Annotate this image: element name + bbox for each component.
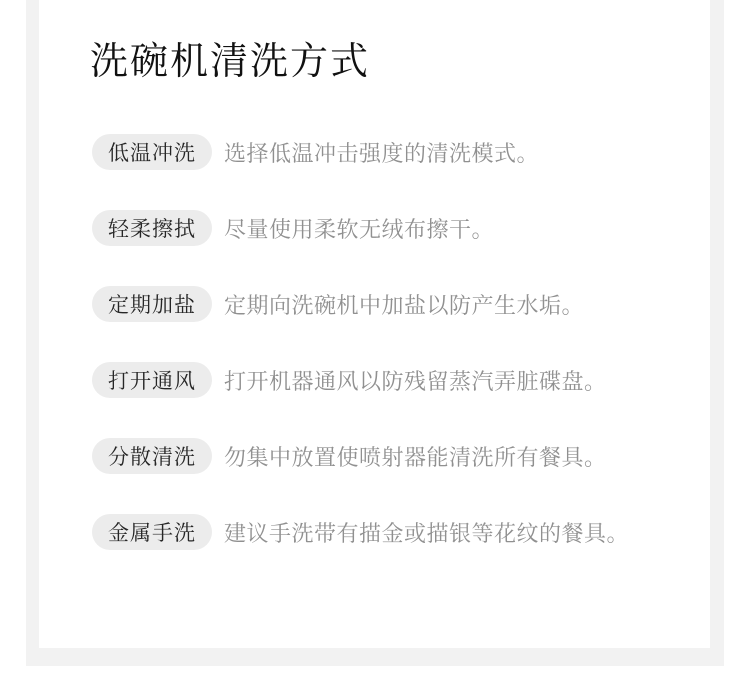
tip-row: 低温冲洗 选择低温冲击强度的清洗模式。	[92, 134, 629, 170]
product-detail-section: 洗碗机清洗方式 低温冲洗 选择低温冲击强度的清洗模式。 轻柔擦拭 尽量使用柔软无…	[0, 0, 750, 684]
tip-row: 金属手洗 建议手洗带有描金或描银等花纹的餐具。	[92, 514, 629, 550]
tip-row: 分散清洗 勿集中放置使喷射器能清洗所有餐具。	[92, 438, 629, 474]
tip-tag: 打开通风	[92, 362, 212, 398]
tip-tag: 低温冲洗	[92, 134, 212, 170]
tip-tag: 定期加盐	[92, 286, 212, 322]
card-border-left	[26, 0, 39, 666]
tip-row: 打开通风 打开机器通风以防残留蒸汽弄脏碟盘。	[92, 362, 629, 398]
tip-tag: 分散清洗	[92, 438, 212, 474]
tip-description: 勿集中放置使喷射器能清洗所有餐具。	[224, 441, 607, 472]
card-border-right	[710, 0, 724, 666]
tip-description: 定期向洗碗机中加盐以防产生水垢。	[224, 289, 584, 320]
tip-tag: 金属手洗	[92, 514, 212, 550]
tips-list: 低温冲洗 选择低温冲击强度的清洗模式。 轻柔擦拭 尽量使用柔软无绒布擦干。 定期…	[92, 134, 629, 590]
tip-description: 选择低温冲击强度的清洗模式。	[224, 137, 539, 168]
tip-description: 建议手洗带有描金或描银等花纹的餐具。	[224, 517, 629, 548]
tip-row: 定期加盐 定期向洗碗机中加盐以防产生水垢。	[92, 286, 629, 322]
content-card: 洗碗机清洗方式 低温冲洗 选择低温冲击强度的清洗模式。 轻柔擦拭 尽量使用柔软无…	[39, 0, 710, 648]
tip-description: 打开机器通风以防残留蒸汽弄脏碟盘。	[224, 365, 607, 396]
tip-description: 尽量使用柔软无绒布擦干。	[224, 213, 494, 244]
tip-tag: 轻柔擦拭	[92, 210, 212, 246]
tip-row: 轻柔擦拭 尽量使用柔软无绒布擦干。	[92, 210, 629, 246]
page-title: 洗碗机清洗方式	[90, 38, 370, 86]
card-border-bottom	[26, 648, 724, 666]
